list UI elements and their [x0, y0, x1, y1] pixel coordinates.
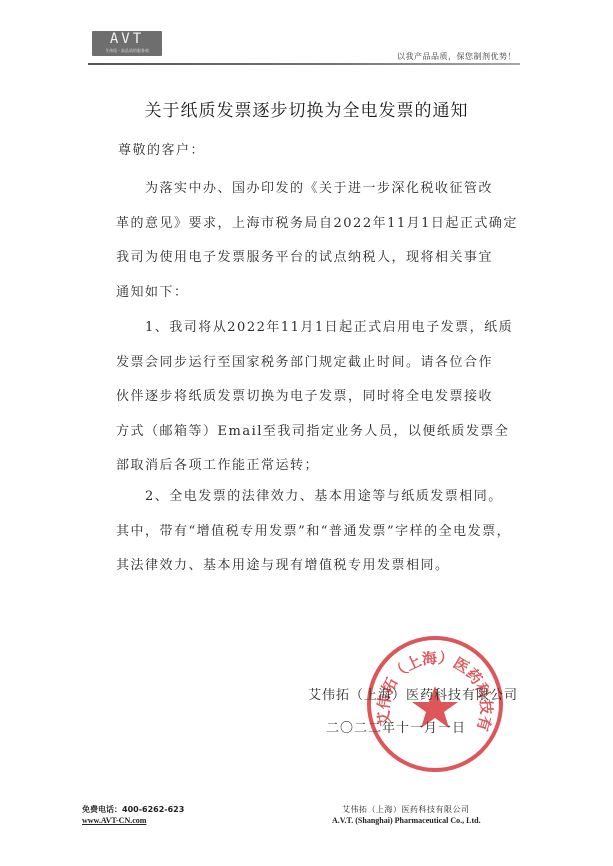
paragraph-item-2: 2、全电发票的法律效力、基本用途等与纸质发票相同。 其中，带有“增值税专用发票”… [116, 480, 520, 584]
paragraph-line: 其法律效力、基本用途与现有增值税专用发票相同。 [116, 549, 520, 584]
salutation: 尊敬的客户： [118, 134, 205, 169]
paragraph-line: 1、我司将从2022年11月1日起正式启用电子发票，纸质 [116, 311, 520, 346]
logo-text: AVT [92, 32, 162, 47]
paragraph-line: 2、全电发票的法律效力、基本用途等与纸质发票相同。 [116, 480, 520, 515]
header-slogan: 以我产品品质，保您制剂优势！ [397, 51, 516, 62]
paragraph-line: 发票会同步运行至国家税务部门规定截止时间。请各位合作 [116, 346, 520, 381]
signature-company: 艾伟拓（上海）医药科技有限公司 [308, 684, 518, 703]
footer-website-link[interactable]: www.AVT-CN.com [82, 816, 146, 825]
paragraph-intro: 为落实中办、国办印发的《关于进一步深化税收征管改 革的意见》要求，上海市税务局自… [116, 172, 520, 310]
paragraph-line: 其中，带有“增值税专用发票”和“普通发票”字样的全电发票， [116, 515, 520, 550]
footer-company-cn: 艾伟拓（上海）医药科技有限公司 [342, 804, 470, 815]
logo-subtitle: 艾伟拓 · 高品质的服务商 [92, 48, 162, 54]
paragraph-line: 我司为使用电子发票服务平台的试点纳税人，现将相关事宜 [116, 241, 520, 276]
paragraph-line: 革的意见》要求，上海市税务局自2022年11月1日起正式确定 [116, 207, 520, 242]
letter-page: AVT 艾伟拓 · 高品质的服务商 以我产品品质，保您制剂优势！ 关于纸质发票逐… [0, 0, 613, 866]
footer-company-en: A.V.T. (Shanghai) Pharmaceutical Co., Lt… [332, 816, 481, 825]
paragraph-line: 伙伴逐步将纸质发票切换为电子发票，同时将全电发票接收 [116, 380, 520, 415]
paragraph-line: 方式（邮箱等）Email至我司指定业务人员，以便纸质发票全 [116, 415, 520, 450]
paragraph-line: 通知如下： [116, 276, 520, 311]
seal-star-icon: 艾伟拓（上海）医药科技有限公司 [367, 636, 503, 772]
paragraph-item-1: 1、我司将从2022年11月1日起正式启用电子发票，纸质 发票会同步运行至国家税… [116, 311, 520, 484]
paragraph-line: 部取消后各项工作能正常运转； [116, 449, 520, 484]
footer-phone: 免费电话：400-6262-623 [82, 804, 184, 815]
company-seal: 艾伟拓（上海）医药科技有限公司 [367, 636, 503, 772]
document-title: 关于纸质发票逐步切换为全电发票的通知 [0, 96, 613, 121]
avt-logo: AVT 艾伟拓 · 高品质的服务商 [92, 31, 162, 56]
paragraph-line: 为落实中办、国办印发的《关于进一步深化税收征管改 [116, 172, 520, 207]
signature-date: 二〇二二年十一月一日 [326, 717, 466, 736]
header-divider [88, 63, 520, 65]
